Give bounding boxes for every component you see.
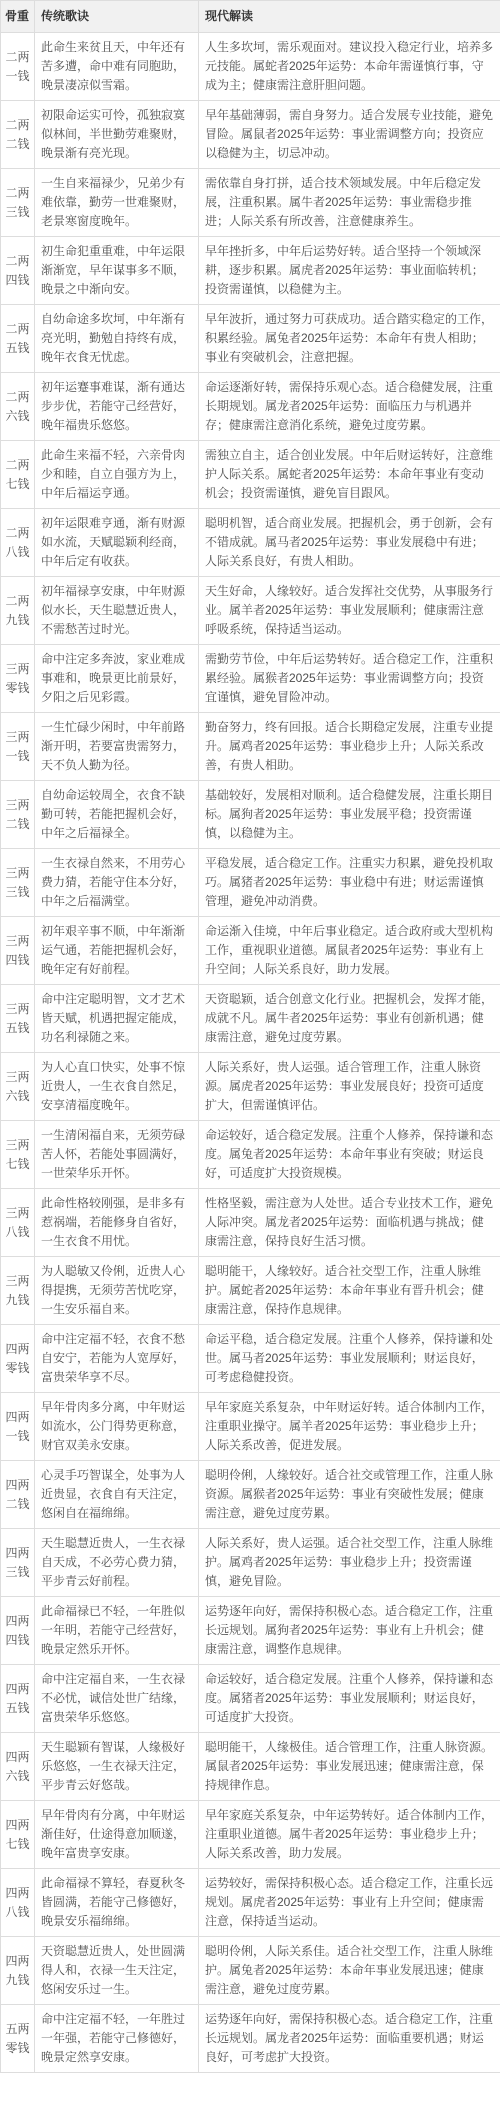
traditional-verse-cell: 天生聪慧近贵人，一生衣禄自天成，不必劳心费力猜，平步青云好前程。 [35,1529,199,1597]
traditional-verse-cell: 此命福禄已不轻，一年胜似一年明，若能守己经营好，晚景定然乐开怀。 [35,1597,199,1665]
bone-weight-cell: 四两零钱 [1,1325,35,1393]
bone-weight-cell: 三两一钱 [1,713,35,781]
table-row: 四两零钱 命中注定福不轻，衣食不愁自安宁，若能为人宽厚好，富贵荣华享不尽。 命运… [1,1325,500,1393]
bone-weight-cell: 三两二钱 [1,781,35,849]
table-row: 三两七钱 一生清闲福自来，无须劳碌苦人怀，若能处事圆满好，一世荣华乐开怀。 命运… [1,1121,500,1189]
table-row: 三两四钱 初年艰辛事不顺，中年渐渐运气通，若能把握机会好，晚年定有好前程。 命运… [1,917,500,985]
modern-interpretation-cell: 早年波折，通过努力可获成功。适合踏实稳定的工作，积累经验。属兔者2025年运势：… [199,305,500,373]
traditional-verse-cell: 为人聪敏又伶俐，近贵人心得提携，无须劳苦忧吃穿，一生安乐福自来。 [35,1257,199,1325]
table-row: 四两七钱 早年骨肉有分离，中年财运渐佳好，仕途得意加顺遂，晚年富贵享安康。 早年… [1,1801,500,1869]
modern-interpretation-cell: 聪明伶俐，人缘较好。适合社交或管理工作，注重人脉资源。属猴者2025年运势：事业… [199,1461,500,1529]
modern-interpretation-cell: 早年挫折多，中年后运势好转。适合坚持一个领域深耕，逐步积累。属虎者2025年运势… [199,237,500,305]
traditional-verse-cell: 自幼命运较周全，衣食不缺勤可转，若能把握机会好，中年之后福禄全。 [35,781,199,849]
bone-weight-cell: 三两三钱 [1,849,35,917]
table-row: 二两九钱 初年福禄享安康，中年财源似水长，天生聪慧近贵人，不需愁苦过时光。 天生… [1,577,500,645]
table-row: 四两六钱 天生聪颖有智谋，人缘极好乐悠悠，一生衣禄天注定，平步青云好悠哉。 聪明… [1,1733,500,1801]
table-row: 三两一钱 一生忙碌少闲时，中年前路渐开明，若要富贵需努力，天不负人勤为径。 勤奋… [1,713,500,781]
table-row: 三两二钱 自幼命运较周全，衣食不缺勤可转，若能把握机会好，中年之后福禄全。 基础… [1,781,500,849]
traditional-verse-cell: 自幼命途多坎坷，中年渐有亮光明，勤勉自持终有成，晚年衣食无忧虑。 [35,305,199,373]
table-row: 二两四钱 初生命犯重重难，中年运限渐渐宽，早年谋事多不顺，晚景之中渐向安。 早年… [1,237,500,305]
table-row: 四两八钱 此命福禄不算轻，春夏秋冬皆圆满，若能守己修德好，晚景安乐福绵绵。 运势… [1,1869,500,1937]
modern-interpretation-cell: 平稳发展，适合稳定工作。注重实力积累，避免投机取巧。属猪者2025年运势：事业稳… [199,849,500,917]
column-header-bone-weight: 骨重 [1,1,35,33]
traditional-verse-cell: 天生聪颖有智谋，人缘极好乐悠悠，一生衣禄天注定，平步青云好悠哉。 [35,1733,199,1801]
table-row: 三两九钱 为人聪敏又伶俐，近贵人心得提携，无须劳苦忧吃穿，一生安乐福自来。 聪明… [1,1257,500,1325]
bone-weight-cell: 四两八钱 [1,1869,35,1937]
header-row: 骨重 传统歌诀 现代解读 [1,1,500,33]
table-row: 二两六钱 初年运蹇事难谋，渐有通达步步优，若能守己经营好，晚年福贵乐悠悠。 命运… [1,373,500,441]
modern-interpretation-cell: 基础较好，发展相对顺利。适合稳健发展，注重长期目标。属狗者2025年运势：事业发… [199,781,500,849]
bone-weight-cell: 二两一钱 [1,33,35,101]
column-header-modern-interpretation: 现代解读 [199,1,500,33]
traditional-verse-cell: 初生命犯重重难，中年运限渐渐宽，早年谋事多不顺，晚景之中渐向安。 [35,237,199,305]
modern-interpretation-cell: 需独立自主，适合创业发展。中年后财运转好，注意维护人际关系。属蛇者2025年运势… [199,441,500,509]
traditional-verse-cell: 初限命运实可怜，孤独寂寞似林间，半世勤劳难聚财，晚景渐有亮光现。 [35,101,199,169]
traditional-verse-cell: 此命生来福不轻，六亲骨肉少和睦，自立自强方为上，中年后福运亨通。 [35,441,199,509]
modern-interpretation-cell: 需依靠自身打拼，适合技术领域发展。中年后稳定发展，注重积累。属牛者2025年运势… [199,169,500,237]
modern-interpretation-cell: 命运渐入佳境，中年后事业稳定。适合政府或大型机构工作，重视职业道德。属鼠者202… [199,917,500,985]
modern-interpretation-cell: 天资聪颖，适合创意文化行业。把握机会，发挥才能，成就不凡。属牛者2025年运势：… [199,985,500,1053]
table-row: 三两零钱 命中注定多奔波，家业难成事难和，晚景更比前景好，夕阳之后见彩霞。 需勤… [1,645,500,713]
bone-weight-cell: 二两六钱 [1,373,35,441]
modern-interpretation-cell: 人生多坎坷，需乐观面对。建议投入稳定行业，培养多元技能。属蛇者2025年运势：本… [199,33,500,101]
traditional-verse-cell: 一生衣禄自然来，不用劳心费力猜，若能守住本分好，中年之后福满堂。 [35,849,199,917]
table-row: 三两五钱 命中注定聪明智，文才艺术皆天赋，机遇把握定能成，功名利禄随之来。 天资… [1,985,500,1053]
traditional-verse-cell: 此命福禄不算轻，春夏秋冬皆圆满，若能守己修德好，晚景安乐福绵绵。 [35,1869,199,1937]
table-row: 三两三钱 一生衣禄自然来，不用劳心费力猜，若能守住本分好，中年之后福满堂。 平稳… [1,849,500,917]
modern-interpretation-cell: 天生好命，人缘较好。适合发挥社交优势，从事服务行业。属羊者2025年运势：事业发… [199,577,500,645]
traditional-verse-cell: 初年福禄享安康，中年财源似水长，天生聪慧近贵人，不需愁苦过时光。 [35,577,199,645]
bone-weight-cell: 三两四钱 [1,917,35,985]
table-row: 四两二钱 心灵手巧智谋全，处事为人近贵显，衣食自有天注定，悠闲自在福绵绵。 聪明… [1,1461,500,1529]
bone-weight-cell: 四两五钱 [1,1665,35,1733]
bone-weight-cell: 四两四钱 [1,1597,35,1665]
bone-weight-cell: 三两六钱 [1,1053,35,1121]
traditional-verse-cell: 一生忙碌少闲时，中年前路渐开明，若要富贵需努力，天不负人勤为径。 [35,713,199,781]
table-row: 三两八钱 此命性格较刚强，是非多有惹祸端，若能修身自省好，一生衣食不用忧。 性格… [1,1189,500,1257]
table-row: 二两七钱 此命生来福不轻，六亲骨肉少和睦，自立自强方为上，中年后福运亨通。 需独… [1,441,500,509]
modern-interpretation-cell: 人际关系好，贵人运强。适合社交型工作，注重人脉维护。属鸡者2025年运势：事业稳… [199,1529,500,1597]
table-row: 二两二钱 初限命运实可怜，孤独寂寞似林间，半世勤劳难聚财，晚景渐有亮光现。 早年… [1,101,500,169]
modern-interpretation-cell: 运势逐年向好，需保持积极心态。适合稳定工作，注重长远规划。属狗者2025年运势：… [199,1597,500,1665]
traditional-verse-cell: 一生清闲福自来，无须劳碌苦人怀，若能处事圆满好，一世荣华乐开怀。 [35,1121,199,1189]
table-row: 四两四钱 此命福禄已不轻，一年胜似一年明，若能守己经营好，晚景定然乐开怀。 运势… [1,1597,500,1665]
modern-interpretation-cell: 聪明机智，适合商业发展。把握机会，勇于创新，会有不错成就。属马者2025年运势：… [199,509,500,577]
table-row: 五两零钱 命中注定福不轻，一年胜过一年强，若能守己修德好，晚景定然享安康。 运势… [1,2005,500,2073]
modern-interpretation-cell: 运势较好，需保持积极心态。适合稳定工作，注重长远规划。属虎者2025年运势：事业… [199,1869,500,1937]
table-row: 四两三钱 天生聪慧近贵人，一生衣禄自天成，不必劳心费力猜，平步青云好前程。 人际… [1,1529,500,1597]
bone-weight-fortune-page: 骨重 传统歌诀 现代解读 二两一钱 此命生来贫且天，中年还有苦多遭，命中难有同胞… [0,0,500,2073]
traditional-verse-cell: 命中注定福不轻，一年胜过一年强，若能守己修德好，晚景定然享安康。 [35,2005,199,2073]
traditional-verse-cell: 此命性格较刚强，是非多有惹祸端，若能修身自省好，一生衣食不用忧。 [35,1189,199,1257]
table-row: 四两一钱 早年骨肉多分离，中年财运如流水，公门得势更称意，财官双美永安康。 早年… [1,1393,500,1461]
modern-interpretation-cell: 聪明能干，人缘较好。适合社交型工作，注重人脉维护。属蛇者2025年运势：本命年事… [199,1257,500,1325]
traditional-verse-cell: 一生自来福禄少，兄弟少有难依靠，勤劳一世难聚财，老景寒窗度晚年。 [35,169,199,237]
bone-weight-cell: 四两三钱 [1,1529,35,1597]
traditional-verse-cell: 心灵手巧智谋全，处事为人近贵显，衣食自有天注定，悠闲自在福绵绵。 [35,1461,199,1529]
modern-interpretation-cell: 早年家庭关系复杂，中年运势转好。适合体制内工作，注重职业道德。属牛者2025年运… [199,1801,500,1869]
modern-interpretation-cell: 命运逐渐好转，需保持乐观心态。适合稳健发展，注重长期规划。属龙者2025年运势：… [199,373,500,441]
bone-weight-cell: 三两九钱 [1,1257,35,1325]
modern-interpretation-cell: 早年基础薄弱，需自身努力。适合发展专业技能，避免冒险。属鼠者2025年运势：事业… [199,101,500,169]
table-row: 二两三钱 一生自来福禄少，兄弟少有难依靠，勤劳一世难聚财，老景寒窗度晚年。 需依… [1,169,500,237]
bone-weight-cell: 四两九钱 [1,1937,35,2005]
bone-weight-cell: 三两零钱 [1,645,35,713]
table-row: 四两五钱 命中注定福自来，一生衣禄不必忧，诚信处世广结缘，富贵荣华乐悠悠。 命运… [1,1665,500,1733]
bone-weight-cell: 二两三钱 [1,169,35,237]
modern-interpretation-cell: 人际关系好，贵人运强。适合管理工作，注重人脉资源。属虎者2025年运势：事业发展… [199,1053,500,1121]
modern-interpretation-cell: 运势逐年向好，需保持积极心态。适合稳定工作，注重长远规划。属龙者2025年运势：… [199,2005,500,2073]
modern-interpretation-cell: 需勤劳节俭，中年后运势转好。适合稳定工作，注重积累经验。属猴者2025年运势：事… [199,645,500,713]
traditional-verse-cell: 早年骨肉多分离，中年财运如流水，公门得势更称意，财官双美永安康。 [35,1393,199,1461]
modern-interpretation-cell: 命运较好，适合稳定发展。注重个人修养，保持谦和态度。属猪者2025年运势：事业发… [199,1665,500,1733]
bone-weight-cell: 二两四钱 [1,237,35,305]
traditional-verse-cell: 初年运限难亨通，渐有财源如水流，天赋聪颖利经商，中年后定有收获。 [35,509,199,577]
traditional-verse-cell: 为人心直口快实，处事不惊近贵人，一生衣食自然足，安享清福度晚年。 [35,1053,199,1121]
traditional-verse-cell: 命中注定福不轻，衣食不愁自安宁，若能为人宽厚好，富贵荣华享不尽。 [35,1325,199,1393]
modern-interpretation-cell: 命运较好，适合稳定发展。注重个人修养，保持谦和态度。属兔者2025年运势：本命年… [199,1121,500,1189]
bone-weight-cell: 二两五钱 [1,305,35,373]
column-header-traditional-verse: 传统歌诀 [35,1,199,33]
table-header: 骨重 传统歌诀 现代解读 [1,1,500,33]
table-row: 三两六钱 为人心直口快实，处事不惊近贵人，一生衣食自然足，安享清福度晚年。 人际… [1,1053,500,1121]
table-row: 二两一钱 此命生来贫且天，中年还有苦多遭，命中难有同胞助，晚景凄凉似雪霜。 人生… [1,33,500,101]
traditional-verse-cell: 命中注定聪明智，文才艺术皆天赋，机遇把握定能成，功名利禄随之来。 [35,985,199,1053]
traditional-verse-cell: 初年艰辛事不顺，中年渐渐运气通，若能把握机会好，晚年定有好前程。 [35,917,199,985]
bone-weight-cell: 三两五钱 [1,985,35,1053]
bone-weight-cell: 四两二钱 [1,1461,35,1529]
traditional-verse-cell: 天资聪慧近贵人，处世圆满得人和，衣禄一生天注定，悠闲安乐过一生。 [35,1937,199,2005]
bone-weight-cell: 四两七钱 [1,1801,35,1869]
table-body: 二两一钱 此命生来贫且天，中年还有苦多遭，命中难有同胞助，晚景凄凉似雪霜。 人生… [1,33,500,2073]
bone-weight-cell: 三两八钱 [1,1189,35,1257]
bone-weight-table: 骨重 传统歌诀 现代解读 二两一钱 此命生来贫且天，中年还有苦多遭，命中难有同胞… [0,0,500,2073]
bone-weight-cell: 二两二钱 [1,101,35,169]
bone-weight-cell: 二两八钱 [1,509,35,577]
modern-interpretation-cell: 性格坚毅，需注意为人处世。适合专业技术工作，避免人际冲突。属龙者2025年运势：… [199,1189,500,1257]
traditional-verse-cell: 早年骨肉有分离，中年财运渐佳好，仕途得意加顺遂，晚年富贵享安康。 [35,1801,199,1869]
traditional-verse-cell: 命中注定福自来，一生衣禄不必忧，诚信处世广结缘，富贵荣华乐悠悠。 [35,1665,199,1733]
traditional-verse-cell: 初年运蹇事难谋，渐有通达步步优，若能守己经营好，晚年福贵乐悠悠。 [35,373,199,441]
bone-weight-cell: 四两六钱 [1,1733,35,1801]
bone-weight-cell: 三两七钱 [1,1121,35,1189]
modern-interpretation-cell: 命运平稳，适合稳定发展。注重个人修养，保持谦和处世。属马者2025年运势：事业发… [199,1325,500,1393]
bone-weight-cell: 四两一钱 [1,1393,35,1461]
modern-interpretation-cell: 早年家庭关系复杂，中年财运好转。适合体制内工作，注重职业操守。属羊者2025年运… [199,1393,500,1461]
bone-weight-cell: 五两零钱 [1,2005,35,2073]
traditional-verse-cell: 命中注定多奔波，家业难成事难和，晚景更比前景好，夕阳之后见彩霞。 [35,645,199,713]
bone-weight-cell: 二两七钱 [1,441,35,509]
table-row: 二两八钱 初年运限难亨通，渐有财源如水流，天赋聪颖利经商，中年后定有收获。 聪明… [1,509,500,577]
modern-interpretation-cell: 聪明能干，人缘极佳。适合管理工作，注重人脉资源。属鼠者2025年运势：事业发展迅… [199,1733,500,1801]
modern-interpretation-cell: 勤奋努力，终有回报。适合长期稳定发展，注重专业提升。属鸡者2025年运势：事业稳… [199,713,500,781]
bone-weight-cell: 二两九钱 [1,577,35,645]
modern-interpretation-cell: 聪明伶俐，人际关系佳。适合社交型工作，注重人脉维护。属兔者2025年运势：本命年… [199,1937,500,2005]
table-row: 四两九钱 天资聪慧近贵人，处世圆满得人和，衣禄一生天注定，悠闲安乐过一生。 聪明… [1,1937,500,2005]
traditional-verse-cell: 此命生来贫且天，中年还有苦多遭，命中难有同胞助，晚景凄凉似雪霜。 [35,33,199,101]
table-row: 二两五钱 自幼命途多坎坷，中年渐有亮光明，勤勉自持终有成，晚年衣食无忧虑。 早年… [1,305,500,373]
